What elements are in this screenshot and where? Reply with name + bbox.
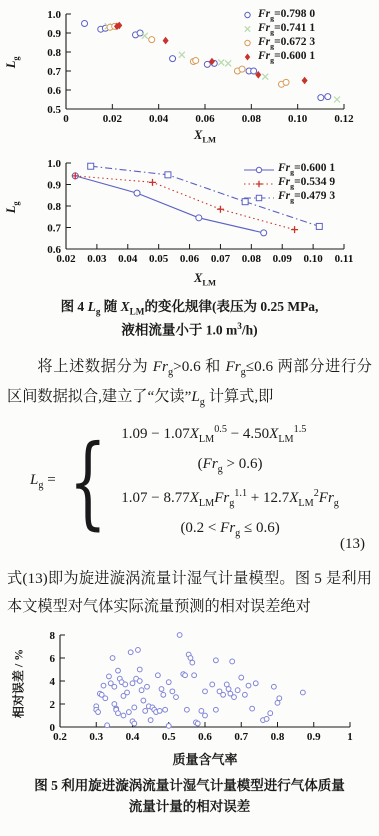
legend-item: Frg=0.798 0 (240, 8, 315, 22)
data-point (245, 26, 250, 31)
legend-marker-icon (240, 51, 255, 63)
data-point (235, 688, 240, 693)
data-point (264, 716, 269, 721)
data-point (174, 695, 179, 700)
legend-marker-icon (243, 178, 275, 190)
data-point (268, 711, 273, 716)
data-point (188, 656, 193, 661)
data-point (261, 229, 267, 235)
data-point (170, 56, 176, 62)
data-point (217, 205, 224, 212)
data-point (325, 94, 331, 100)
y-tick-label: 2 (50, 699, 56, 711)
data-point (302, 77, 308, 85)
data-point (226, 687, 231, 692)
paragraph-model-description: 式(13)即为旋进漩涡流量计湿气计量模型。图 5 是利用本文模型对气体实际流量预… (7, 565, 372, 621)
equation-case2-condition: (0.2 < Frg ≤ 0.6) (121, 516, 339, 546)
data-point (253, 681, 258, 686)
data-point (128, 650, 133, 655)
y-tick-label: 0.8 (47, 200, 61, 212)
y-tick-label: 0.9 (47, 28, 61, 40)
data-point (125, 690, 130, 695)
data-point (143, 708, 148, 713)
data-point (190, 660, 195, 665)
figure5-x-axis-label: 质量含气率 (60, 749, 350, 768)
y-tick-label: 0.9 (47, 179, 61, 191)
data-point (239, 675, 244, 680)
figure5-y-axis-label: 相对误差 / % (10, 633, 27, 733)
data-point (165, 171, 171, 177)
data-point (166, 680, 171, 685)
data-point (256, 180, 262, 186)
data-point (134, 190, 140, 196)
equation-case2: 1.07 − 8.77XLMFrg1.1 + 12.7XLM2Frg (121, 482, 339, 516)
data-point (192, 673, 197, 678)
y-tick-label: 0.8 (47, 47, 61, 59)
y-tick-label: 0.6 (47, 85, 61, 97)
series-line (75, 175, 263, 232)
data-point (183, 673, 188, 678)
data-point (132, 705, 137, 710)
legend-marker-icon (243, 192, 275, 204)
figure4b-y-axis-label: Lg (4, 177, 21, 237)
x-tick-label: 0.02 (56, 253, 76, 265)
data-point (262, 74, 268, 80)
legend-marker-icon (243, 164, 275, 176)
legend-item: Frg=0.600 1 (243, 163, 335, 177)
x-tick-label: 0.8 (271, 731, 285, 743)
x-tick-label: 0.5 (162, 731, 176, 743)
data-point (300, 690, 305, 695)
legend-label: Frg=0.600 1 (258, 50, 315, 64)
y-tick-label: 0.7 (47, 222, 61, 234)
legend-item: Frg=0.534 9 (243, 177, 335, 191)
figure5-chart: 024680.20.30.40.50.60.70.80.91 相对误差 / % … (0, 627, 379, 768)
data-point (251, 68, 257, 74)
data-point (245, 54, 250, 61)
x-tick-label: 0.07 (211, 253, 231, 265)
equation-brace: { (68, 434, 106, 530)
data-point (139, 688, 144, 693)
figure4a-x-axis-label: XLM (66, 128, 344, 145)
figure4-caption-line1: 图 4 Lg 随 XLM的变化规律(表压为 0.25 MPa, (0, 297, 379, 319)
x-tick-label: 0 (63, 113, 69, 125)
y-tick-label: 1.0 (47, 9, 61, 21)
x-tick-label: 1 (347, 731, 353, 743)
data-point (149, 178, 156, 185)
equation-13: Lg = { 1.09 − 1.07XLM0.5 − 4.50XLM1.5 (F… (30, 418, 379, 546)
x-tick-label: 0.06 (195, 113, 215, 125)
data-point (318, 95, 324, 101)
data-point (161, 692, 166, 697)
data-point (110, 656, 115, 661)
legend-marker-icon (240, 37, 255, 49)
data-point (246, 683, 251, 688)
figure4-caption: 图 4 Lg 随 XLM的变化规律(表压为 0.25 MPa, 液相流量小于 1… (0, 297, 379, 341)
y-tick-label: 1.0 (47, 157, 61, 169)
figure5-caption-line1: 图 5 利用旋进漩涡流量计湿气计量模型进行气体质量 (0, 776, 379, 797)
x-tick-label: 0.04 (149, 113, 169, 125)
data-point (177, 633, 182, 638)
x-tick-label: 0.11 (335, 253, 354, 265)
data-point (218, 59, 224, 65)
data-point (107, 674, 112, 679)
data-point (224, 682, 229, 687)
data-point (166, 723, 171, 728)
figure5-plot: 024680.20.30.40.50.60.70.80.91 (0, 627, 379, 751)
data-point (213, 707, 218, 712)
data-point (283, 79, 289, 85)
data-point (105, 723, 110, 728)
data-point (126, 710, 131, 715)
x-tick-label: 0.03 (87, 253, 107, 265)
data-point (275, 700, 280, 705)
data-point (112, 684, 117, 689)
y-tick-label: 4 (50, 676, 56, 688)
x-tick-label: 0.10 (288, 113, 308, 125)
x-tick-label: 0.4 (126, 731, 140, 743)
equation-lhs: Lg = (30, 472, 56, 491)
figure4b-legend: Frg=0.600 1Frg=0.534 9Frg=0.479 3 (243, 163, 335, 205)
equation-case1-condition: (Frg > 0.6) (121, 452, 339, 482)
data-point (155, 673, 160, 678)
x-tick-label: 0.08 (242, 253, 262, 265)
figure5-caption-line2: 流量计量的相对误差 (0, 797, 379, 818)
legend-item: Frg=0.600 1 (240, 50, 315, 64)
y-tick-label: 6 (50, 653, 56, 665)
legend-marker-icon (240, 9, 255, 21)
data-point (123, 682, 128, 687)
data-point (101, 683, 106, 688)
legend-item: Frg=0.741 1 (240, 22, 315, 36)
data-point (195, 721, 200, 726)
x-tick-label: 0.05 (149, 253, 169, 265)
y-tick-label: 0.7 (47, 66, 61, 78)
x-tick-label: 0.09 (273, 253, 293, 265)
data-point (230, 659, 235, 664)
legend-label: Frg=0.534 9 (278, 176, 335, 190)
legend-label: Frg=0.741 1 (258, 22, 315, 36)
data-point (256, 195, 261, 200)
y-tick-label: 0.5 (47, 104, 61, 116)
data-point (291, 226, 298, 233)
figure4a-plot: 0.50.60.70.80.91.000.020.040.060.080.100… (0, 6, 379, 130)
legend-label: Frg=0.600 1 (278, 162, 335, 176)
data-point (196, 214, 202, 220)
data-point (141, 698, 146, 703)
data-point (250, 706, 255, 711)
data-point (136, 647, 141, 652)
data-point (184, 707, 189, 712)
figure4a-y-axis-label: Lg (4, 32, 21, 92)
figure4b-chart: 0.60.70.80.91.00.020.030.040.050.060.070… (0, 153, 379, 288)
equation-cases: 1.09 − 1.07XLM0.5 − 4.50XLM1.5 (Frg > 0.… (121, 418, 339, 546)
data-point (159, 687, 164, 692)
x-tick-label: 0.12 (334, 113, 354, 125)
data-point (242, 692, 247, 697)
x-tick-label: 0.04 (118, 253, 138, 265)
legend-item: Frg=0.479 3 (243, 191, 335, 205)
figure4-caption-line2: 液相流量小于 1.0 m3/h) (0, 319, 379, 341)
data-point (277, 696, 282, 701)
figure4a-chart: 0.50.60.70.80.91.000.020.040.060.080.100… (0, 6, 379, 145)
data-point (148, 718, 153, 723)
x-tick-label: 0.2 (53, 731, 67, 743)
x-tick-label: 0.08 (242, 113, 262, 125)
data-point (193, 58, 199, 64)
figure4b-x-axis-label: XLM (66, 271, 344, 288)
legend-label: Frg=0.672 3 (258, 36, 315, 50)
data-point (334, 97, 340, 103)
x-tick-label: 0.10 (303, 253, 323, 265)
data-point (210, 682, 215, 687)
data-point (142, 33, 148, 39)
paragraph-fitting-intro: 将上述数据分为 Frg>0.6 和 Frg≤0.6 两部分进行分区间数据拟合,建… (7, 353, 372, 411)
equation-case1: 1.09 − 1.07XLM0.5 − 4.50XLM1.5 (121, 418, 339, 452)
data-point (121, 713, 126, 718)
data-point (239, 66, 245, 72)
data-point (245, 12, 250, 17)
x-tick-label: 0.9 (307, 731, 321, 743)
data-point (130, 681, 135, 686)
data-point (204, 61, 210, 67)
y-tick-label: 8 (50, 630, 56, 642)
legend-label: Frg=0.798 0 (258, 8, 315, 22)
data-point (203, 689, 208, 694)
x-tick-label: 0.6 (198, 731, 212, 743)
data-point (221, 692, 226, 697)
legend-item: Frg=0.672 3 (240, 36, 315, 50)
data-point (82, 21, 88, 27)
data-point (163, 707, 168, 712)
figure4a-legend: Frg=0.798 0Frg=0.741 1Frg=0.672 3Frg=0.6… (240, 8, 315, 64)
data-point (213, 658, 218, 663)
data-point (203, 713, 208, 718)
data-point (132, 721, 137, 726)
data-point (96, 710, 101, 715)
data-point (137, 679, 142, 684)
x-tick-label: 0.02 (103, 113, 123, 125)
data-point (88, 163, 94, 169)
data-point (145, 684, 150, 689)
data-point (316, 223, 322, 229)
data-point (137, 667, 142, 672)
data-point (256, 167, 261, 172)
data-point (199, 708, 204, 713)
data-point (116, 711, 121, 716)
legend-marker-icon (240, 23, 255, 35)
data-point (116, 668, 121, 673)
data-point (149, 37, 155, 43)
data-point (163, 37, 169, 45)
data-point (179, 52, 185, 58)
data-point (232, 695, 237, 700)
data-point (225, 60, 231, 66)
data-point (103, 696, 108, 701)
x-tick-label: 0.7 (234, 731, 248, 743)
x-tick-label: 0.3 (89, 731, 103, 743)
figure5-caption: 图 5 利用旋进漩涡流量计湿气计量模型进行气体质量 流量计量的相对误差 (0, 776, 379, 818)
data-point (112, 702, 117, 707)
data-point (170, 689, 175, 694)
x-tick-label: 0.06 (180, 253, 200, 265)
data-point (271, 684, 276, 689)
data-point (245, 40, 250, 45)
legend-label: Frg=0.479 3 (278, 190, 335, 204)
data-point (157, 708, 162, 713)
